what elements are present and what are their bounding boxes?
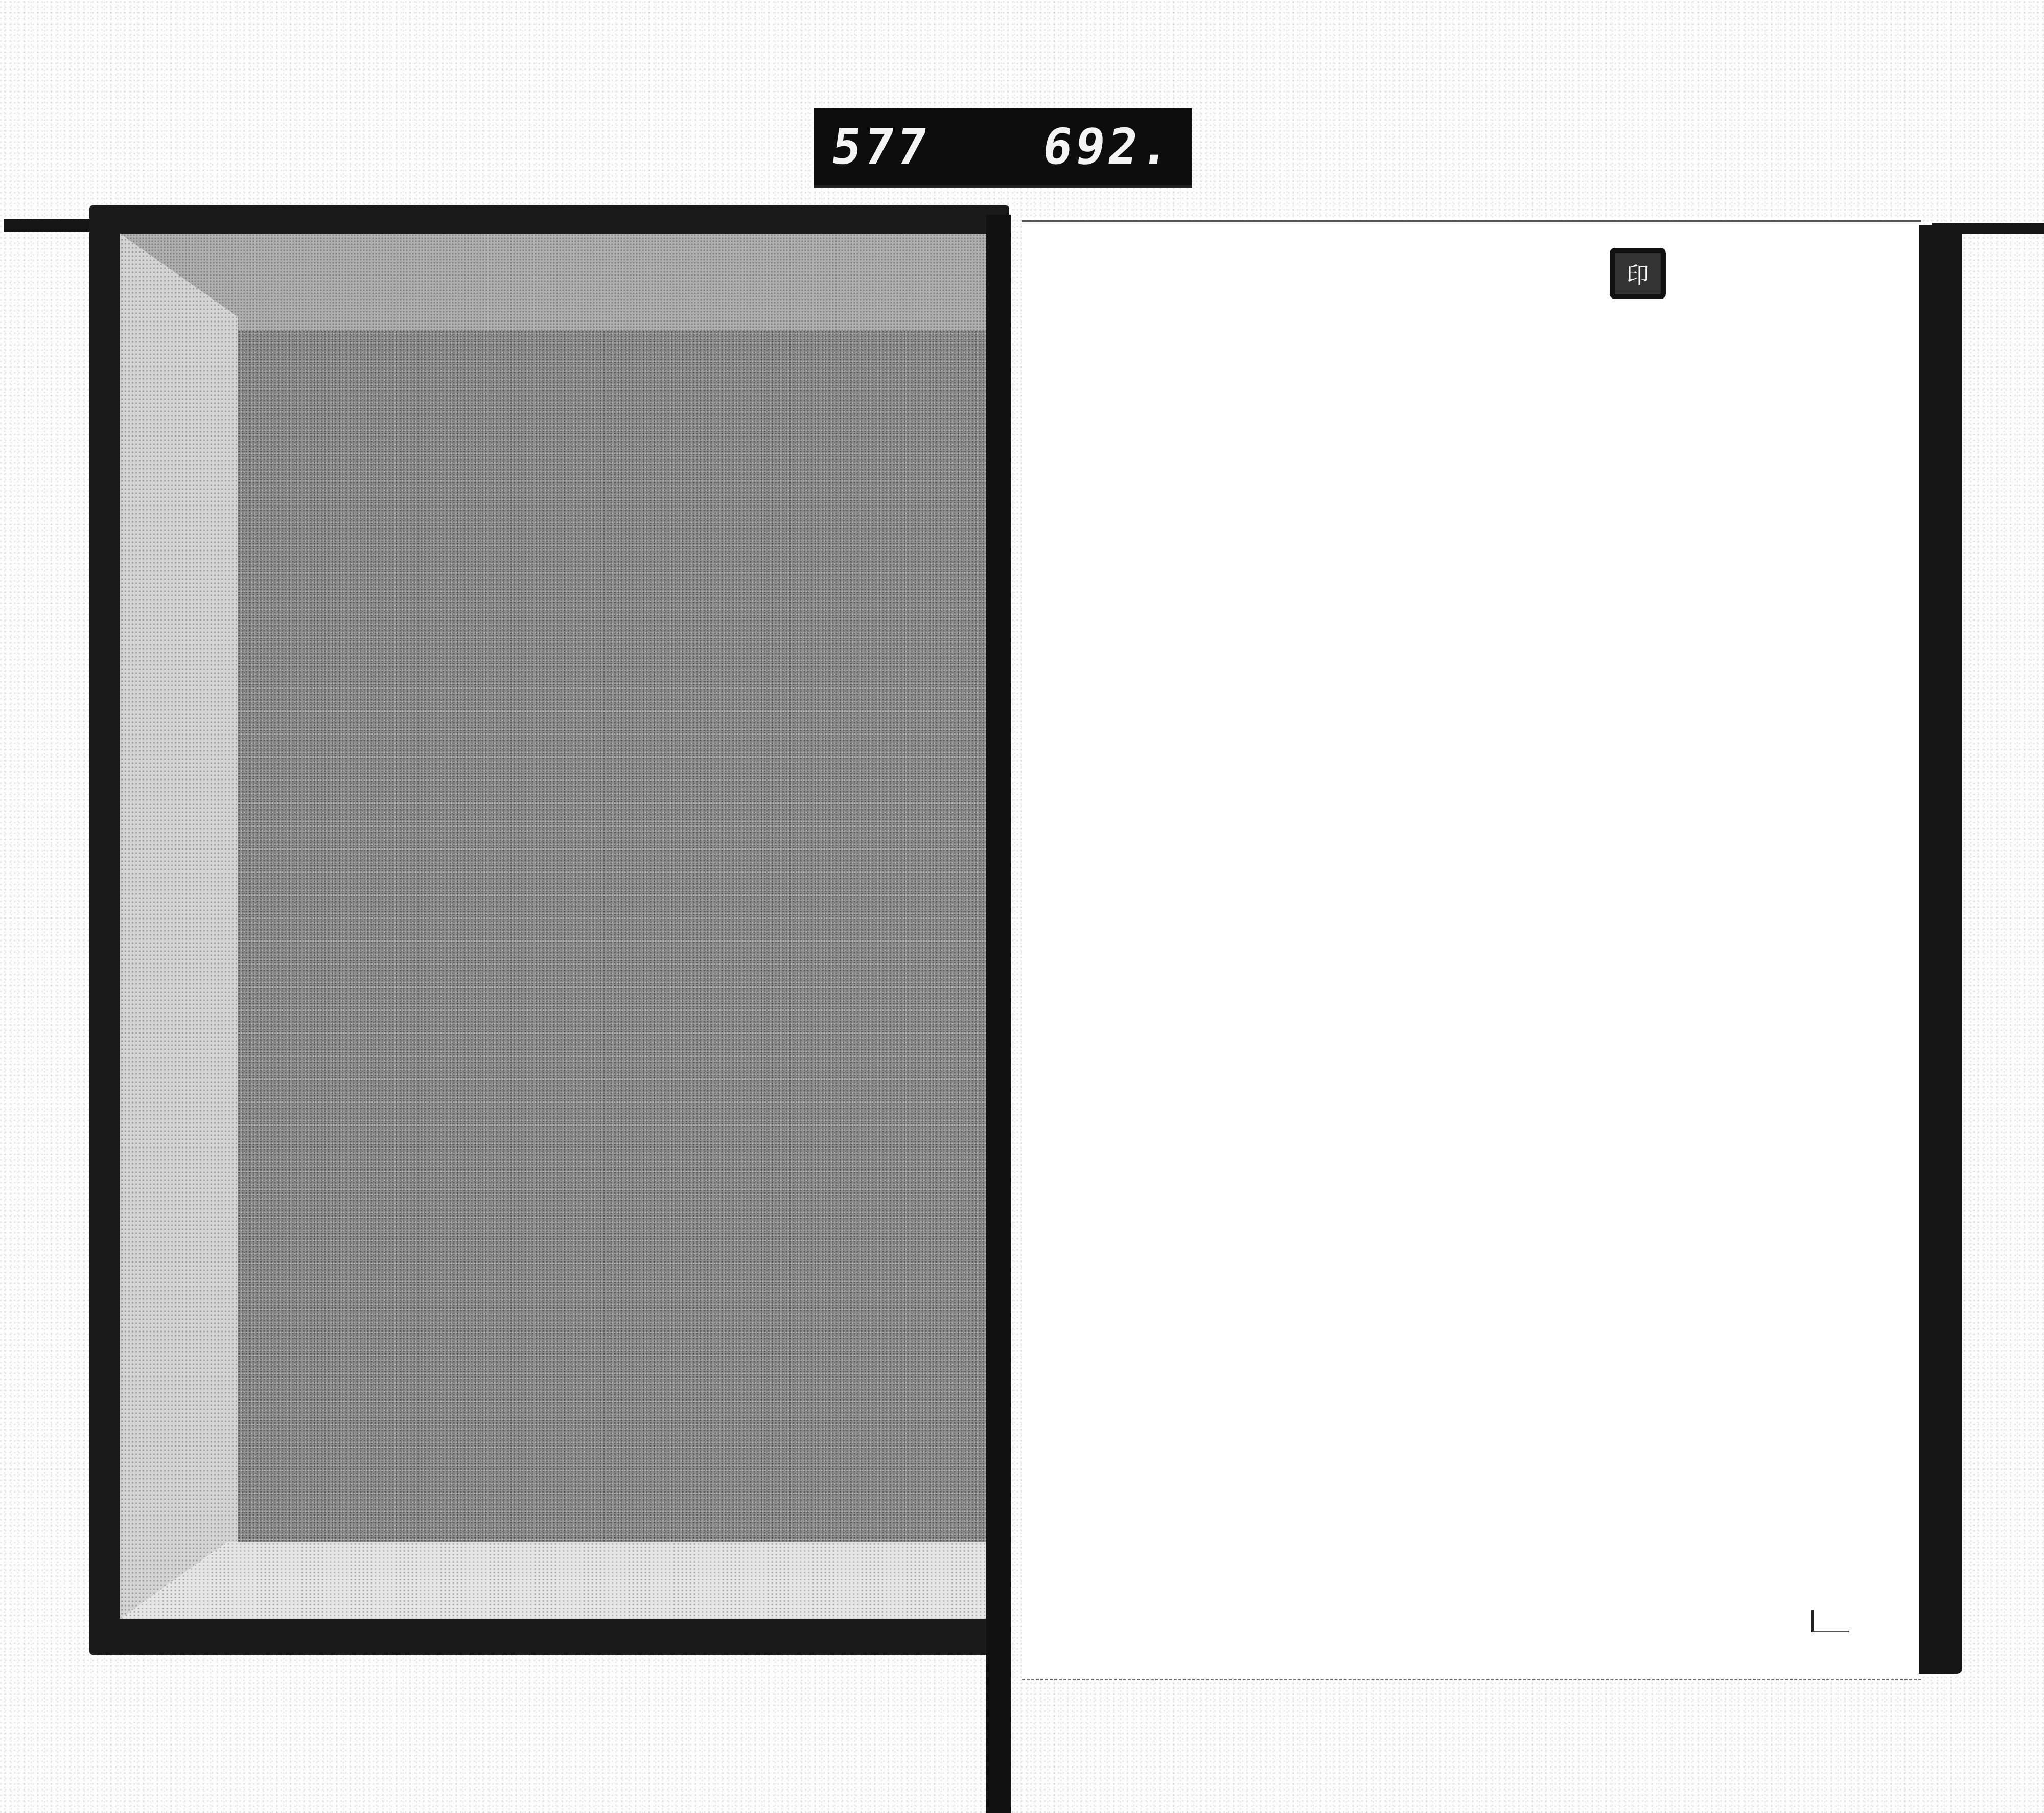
frame-number: 692. — [1039, 118, 1177, 175]
cover-turn-in-top — [120, 234, 1009, 331]
handwritten-annotation — [1702, 245, 1870, 327]
reel-number: 577 — [828, 118, 934, 175]
cover-turn-in-left — [120, 234, 238, 1619]
endpaper-page — [1022, 220, 1921, 1680]
back-cover-edge — [1919, 225, 1962, 1674]
frame-counter-label: 577 692. — [814, 108, 1192, 185]
corner-mark — [1811, 1610, 1849, 1632]
book-spine-gutter — [986, 215, 1011, 1813]
front-cover — [89, 205, 1009, 1655]
seal-glyph: 印 — [1627, 257, 1649, 290]
cover-turn-in-bottom — [120, 1542, 1009, 1619]
stamp-seal-icon: 印 — [1610, 248, 1666, 299]
cover-inner-face — [120, 234, 1009, 1619]
